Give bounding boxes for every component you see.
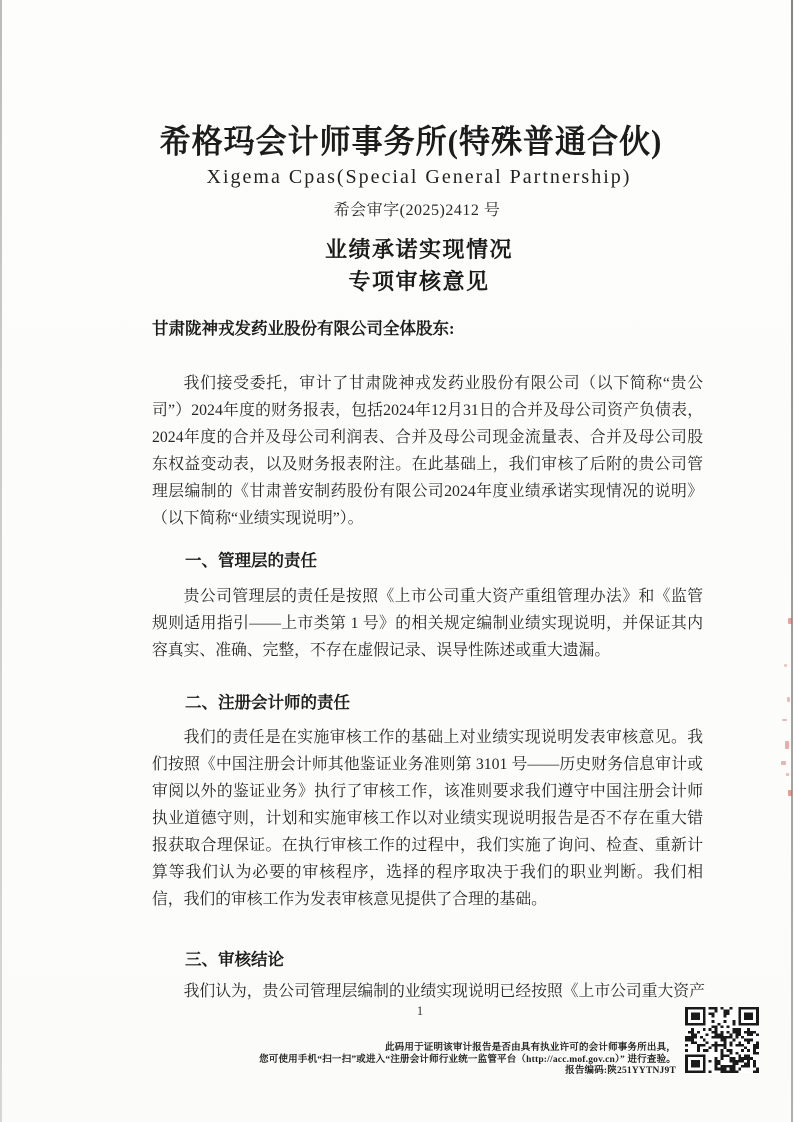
verification-qr-code [685,1007,759,1073]
seal-bleed-mark [785,741,789,749]
seal-bleed-mark [781,761,786,765]
report-title-line2: 专项审核意见 [123,265,715,296]
verification-note: 此码用于证明该审计报告是否由具有执业许可的会计师事务所出具， 您可使用手机“扫一… [236,1043,676,1078]
seal-bleed-mark [782,719,787,721]
seal-bleed-mark [784,664,787,667]
scan-edge-left [0,0,2,1122]
addressee-line: 甘肃陇神戎发药业股份有限公司全体股东: [152,315,712,339]
section-3-body: 我们认为，贵公司管理层编制的业绩实现说明已经按照《上市公司重大资产 [152,978,714,1005]
report-code: 报告编码:陕251YYTNJ9T [236,1066,676,1078]
section-1-heading: 一、管理层的责任 [152,547,712,571]
section-2-heading: 二、注册会计师的责任 [152,689,712,713]
page-number: 1 [0,1004,794,1019]
scan-edge-right [791,0,793,1122]
seal-bleed-mark [787,697,790,702]
section-1-body: 贵公司管理层的责任是按照《上市公司重大资产重组管理办法》和《监管规则适用指引——… [152,583,703,664]
report-title-line1: 业绩承诺实现情况 [123,233,715,264]
seal-bleed-mark [786,773,789,776]
section-2-body: 我们的责任是在实施审核工作的基础上对业绩实现说明发表审核意见。我们按照《中国注册… [152,724,703,913]
document-number: 希会审字(2025)2412 号 [123,197,711,220]
intro-paragraph: 我们接受委托，审计了甘肃陇神戎发药业股份有限公司（以下简称“贵公司”）2024年… [152,370,703,532]
seal-bleed-mark [788,790,792,796]
audit-report-page: 希格玛会计师事务所(特殊普通合伙) Xigema Cpas(Special Ge… [0,0,794,1122]
section-3-heading: 三、审核结论 [152,946,712,970]
firm-name-chinese: 希格玛会计师事务所(特殊普通合伙) [123,115,699,162]
seal-bleed-mark [788,618,792,624]
firm-name-english: Xigema Cpas(Special General Partnership) [123,166,715,189]
verification-note-line1: 此码用于证明该审计报告是否由具有执业许可的会计师事务所出具， [236,1043,676,1055]
qr-code-pattern [685,1007,759,1073]
verification-note-line2: 您可使用手机“扫一扫”或进入“注册会计师行业统一监管平台（http://acc.… [236,1055,676,1067]
